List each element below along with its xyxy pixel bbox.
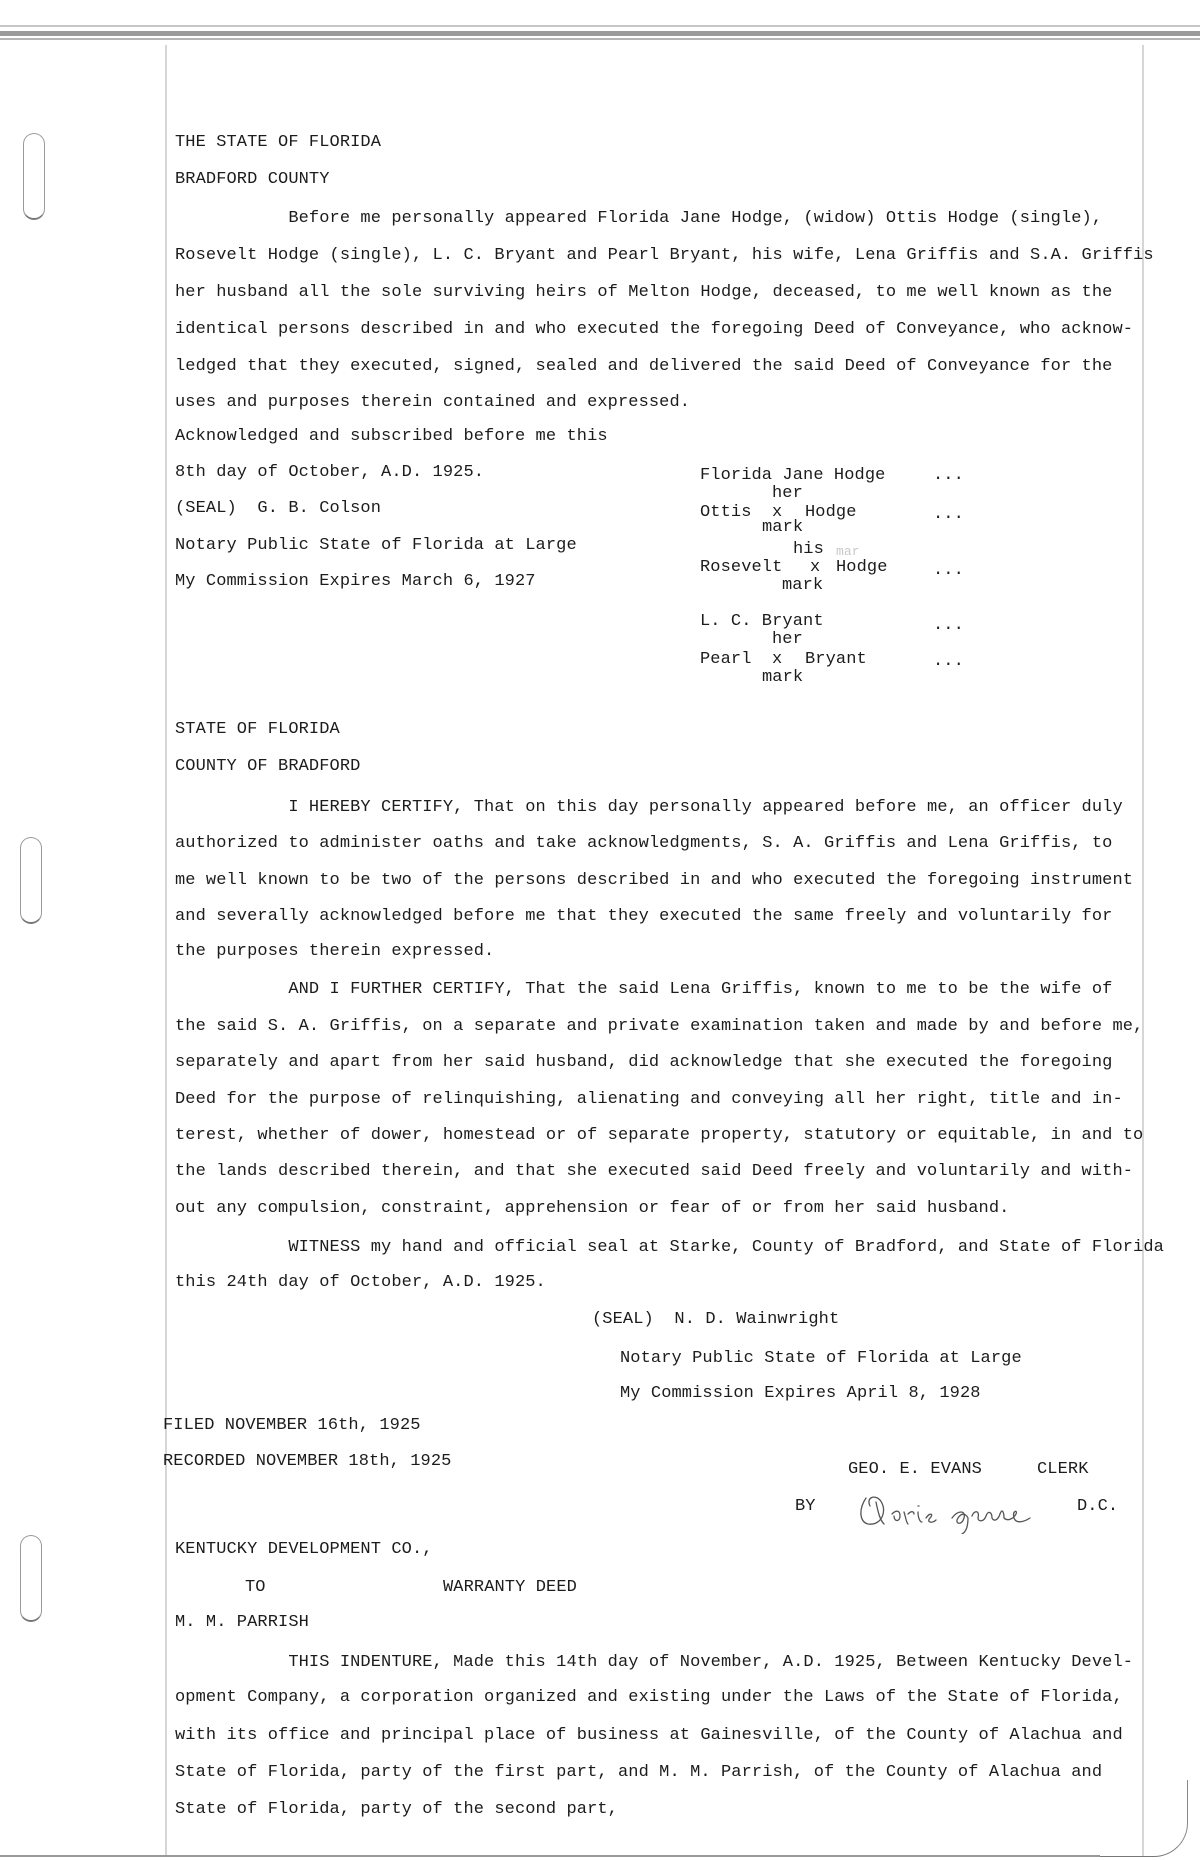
grantor-name: KENTUCKY DEVELOPMENT CO., [175, 1540, 433, 1560]
further-certify-line: Deed for the purpose of relinquishing, a… [175, 1090, 1123, 1110]
notary-seal-line: (SEAL) G. B. Colson [175, 499, 381, 519]
certify-line: I HEREBY CERTIFY, That on this day perso… [175, 798, 1123, 818]
notary-line: 8th day of October, A.D. 1925. [175, 463, 484, 483]
signature-rosevelt-x: x [810, 558, 820, 578]
signature-dots: ... [933, 466, 964, 486]
indenture-line: with its office and principal place of b… [175, 1726, 1123, 1746]
notary-line: Acknowledged and subscribed before me th… [175, 427, 608, 447]
mark-label-her: her [772, 484, 803, 504]
notary-commission-line: My Commission Expires April 8, 1928 [620, 1384, 981, 1404]
binder-hole-middle [20, 837, 42, 924]
further-certify-line: separately and apart from her said husba… [175, 1053, 1112, 1073]
further-certify-line: out any compulsion, constraint, apprehen… [175, 1199, 1009, 1219]
indenture-line: opment Company, a corporation organized … [175, 1688, 1123, 1708]
signature-pearl-last: Bryant [805, 650, 867, 670]
notary-seal-line: (SEAL) N. D. Wainwright [592, 1310, 839, 1330]
deputy-clerk-label: D.C. [1077, 1497, 1118, 1517]
scan-top-band [0, 25, 1200, 41]
body-line: ledged that they executed, signed, seale… [175, 357, 1112, 377]
clerk-title: CLERK [1037, 1460, 1089, 1480]
binder-hole-top [23, 133, 45, 220]
heading-county: BRADFORD COUNTY [175, 170, 330, 190]
mark-label-his: his [793, 540, 824, 560]
heading-county: COUNTY OF BRADFORD [175, 757, 360, 777]
mark-label: mark [762, 668, 803, 688]
notary-line: Notary Public State of Florida at Large [620, 1349, 1022, 1369]
body-line: identical persons described in and who e… [175, 320, 1133, 340]
heading-state: STATE OF FLORIDA [175, 720, 340, 740]
binder-hole-bottom [20, 1535, 42, 1622]
to-label: TO [245, 1578, 266, 1598]
clerk-name: GEO. E. EVANS [848, 1460, 982, 1480]
signature-rosevelt-last: Hodge [836, 558, 888, 578]
witness-date-line: this 24th day of October, A.D. 1925. [175, 1273, 546, 1293]
body-line: Before me personally appeared Florida Ja… [175, 209, 1102, 229]
signature-dots: ... [933, 616, 964, 636]
right-margin-line [1142, 45, 1144, 1857]
further-certify-line: AND I FURTHER CERTIFY, That the said Len… [175, 980, 1112, 1000]
witness-line: WITNESS my hand and official seal at Sta… [175, 1238, 1164, 1258]
page-corner-edge [1080, 1780, 1188, 1857]
signature-ottis-last: Hodge [805, 503, 857, 523]
recorded-date: RECORDED NOVEMBER 18th, 1925 [163, 1452, 451, 1472]
body-line: uses and purposes therein contained and … [175, 393, 690, 413]
mark-label: mark [762, 518, 803, 538]
indenture-line: State of Florida, party of the first par… [175, 1763, 1102, 1783]
signature-dots: ... [933, 561, 964, 581]
signature-pearl-x: x [772, 650, 782, 670]
certify-line: me well known to be two of the persons d… [175, 871, 1133, 891]
signature-pearl-first: Pearl [700, 650, 752, 670]
by-label: BY [795, 1497, 816, 1517]
left-margin-line [165, 45, 167, 1857]
signature-dots: ... [933, 505, 964, 525]
signature-ottis-first: Ottis [700, 503, 752, 523]
notary-line: Notary Public State of Florida at Large [175, 536, 577, 556]
deed-title: WARRANTY DEED [443, 1578, 577, 1598]
certify-line: authorized to administer oaths and take … [175, 834, 1112, 854]
indenture-line: THIS INDENTURE, Made this 14th day of No… [175, 1653, 1133, 1673]
body-line: Rosevelt Hodge (single), L. C. Bryant an… [175, 246, 1154, 266]
handwritten-signature [848, 1488, 1068, 1534]
indenture-line: State of Florida, party of the second pa… [175, 1800, 618, 1820]
mark-label: mark [782, 576, 823, 596]
mark-label-her: her [772, 630, 803, 650]
heading-state: THE STATE OF FLORIDA [175, 133, 381, 153]
certify-line: and severally acknowledged before me tha… [175, 907, 1112, 927]
signature-rosevelt-first: Rosevelt [700, 558, 782, 578]
signature-florida-jane-hodge: Florida Jane Hodge [700, 466, 885, 486]
signature-lc-bryant: L. C. Bryant [700, 612, 824, 632]
page-bottom-edge [0, 1855, 1100, 1857]
certify-line: the purposes therein expressed. [175, 942, 494, 962]
further-certify-line: terest, whether of dower, homestead or o… [175, 1126, 1143, 1146]
signature-dots: ... [933, 652, 964, 672]
body-line: her husband all the sole surviving heirs… [175, 283, 1112, 303]
filed-date: FILED NOVEMBER 16th, 1925 [163, 1416, 421, 1436]
notary-commission-line: My Commission Expires March 6, 1927 [175, 572, 536, 592]
further-certify-line: the lands described therein, and that sh… [175, 1162, 1133, 1182]
grantee-name: M. M. PARRISH [175, 1613, 309, 1633]
further-certify-line: the said S. A. Griffis, on a separate an… [175, 1017, 1143, 1037]
